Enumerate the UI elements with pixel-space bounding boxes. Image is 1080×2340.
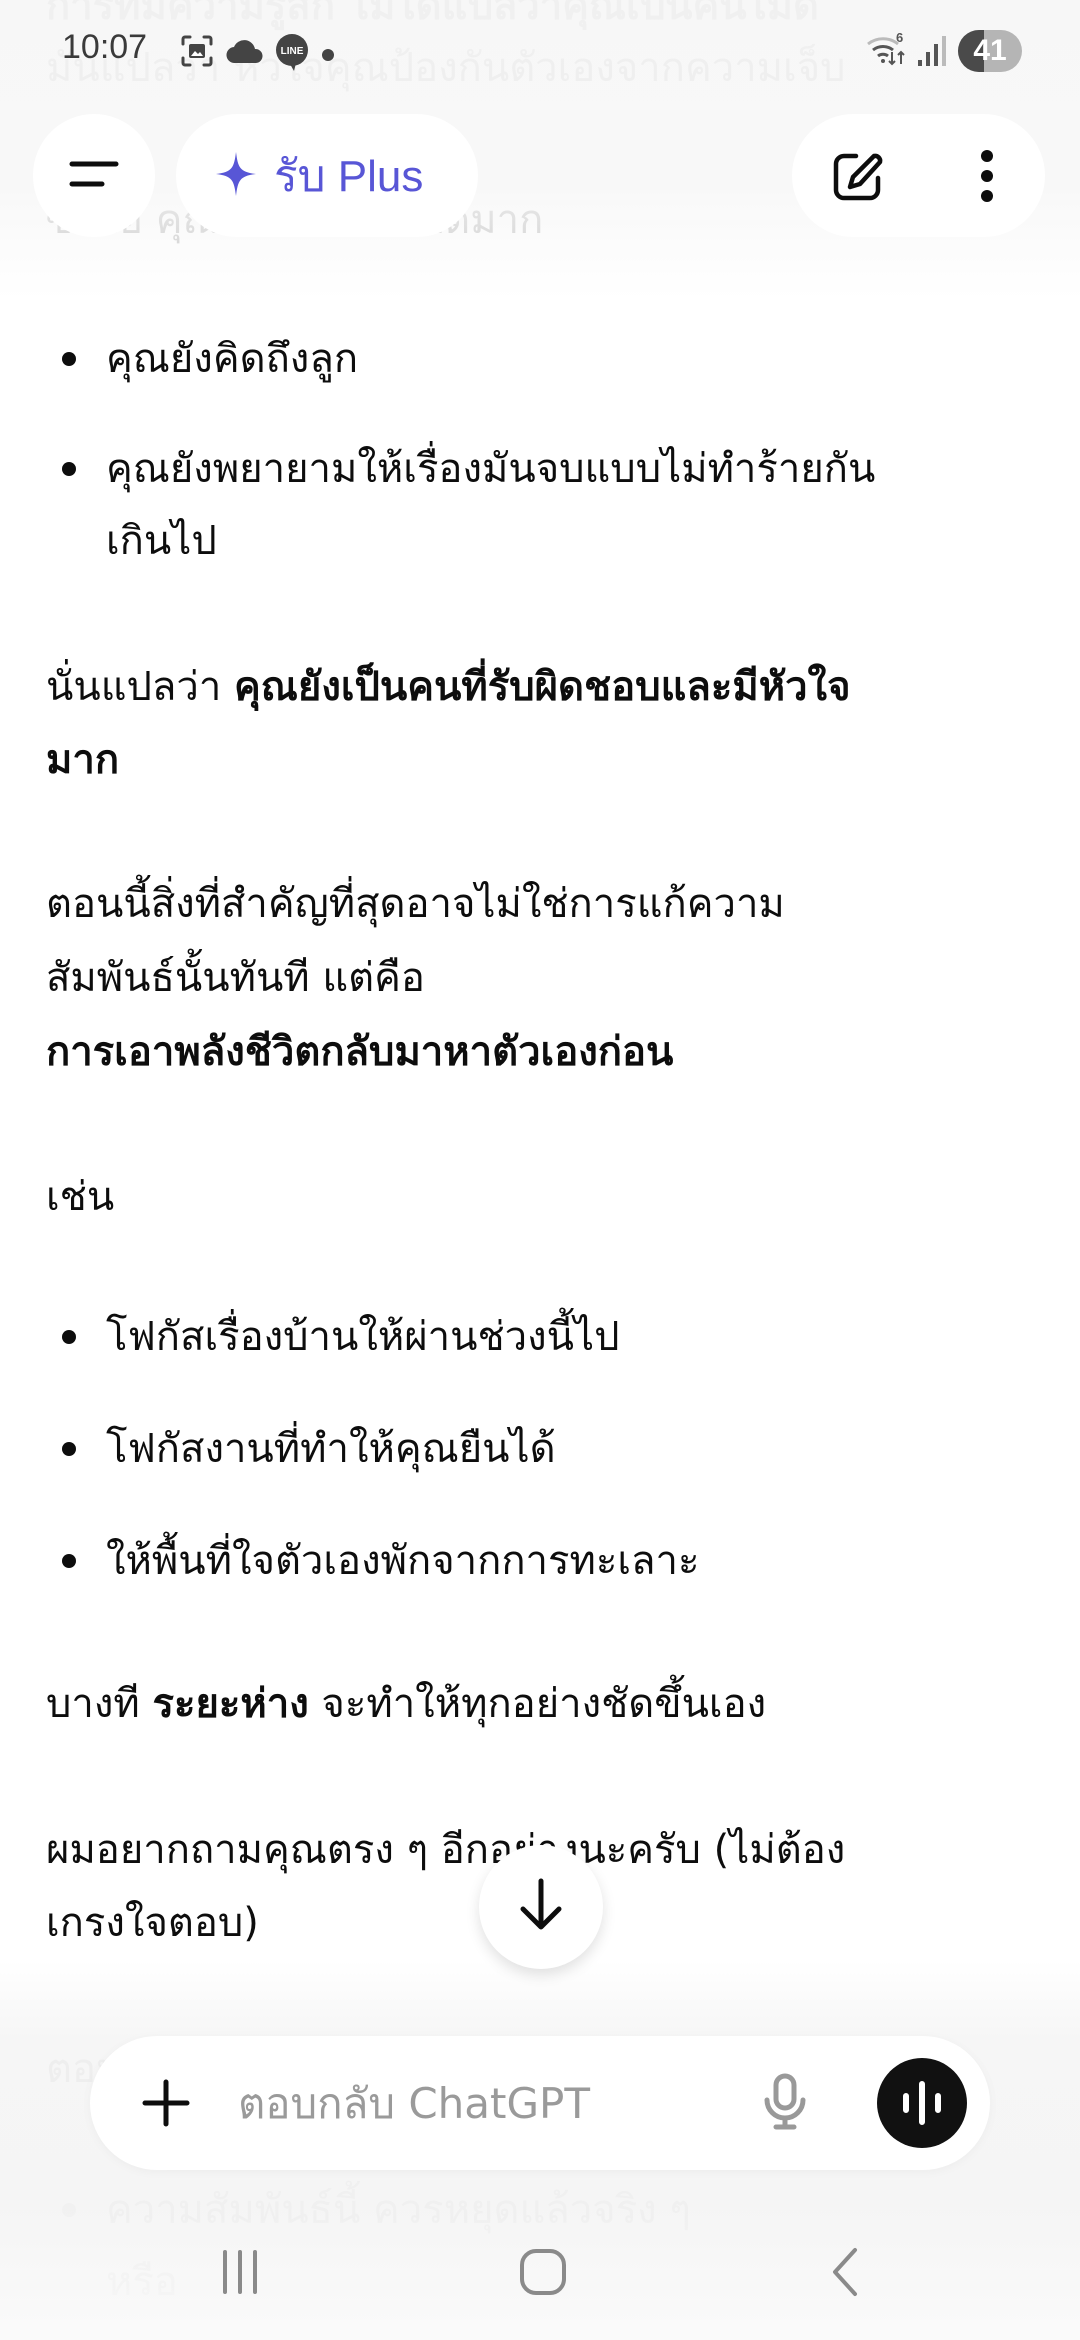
sparkle-icon: [216, 152, 256, 200]
list-item-text: เกินไป: [106, 505, 217, 577]
wifi-6-icon: 6: [866, 30, 908, 74]
new-chat-button[interactable]: [830, 150, 884, 208]
paragraph: บางที ระยะห่าง จะทำให้ทุกอย่างชัดขึ้นเอง: [46, 1668, 766, 1740]
line-app-icon: LINE: [272, 32, 312, 76]
list-item-text: คุณยังคิดถึงลูก: [106, 323, 358, 395]
paragraph-line: ตอนนี้สิ่งที่สำคัญที่สุดอาจไม่ใช่การแก้ค…: [46, 868, 785, 940]
home-icon: [518, 2247, 568, 2297]
list-item-text: ให้พื้นที่ใจตัวเองพักจากการทะเลาะ: [106, 1525, 699, 1597]
bullet-dot: [62, 462, 76, 476]
home-button[interactable]: [503, 2240, 583, 2304]
recent-apps-icon: [217, 2249, 263, 2295]
get-plus-label: รับ Plus: [274, 141, 423, 211]
list-item-text: โฟกัสงานที่ทำให้คุณยืนได้: [106, 1413, 556, 1485]
battery-indicator: 41: [958, 30, 1022, 72]
list-item-text: คุณยังพยายามให้เรื่องมันจบแบบไม่ทำร้ายกั…: [106, 433, 875, 505]
arrow-down-icon: [517, 1877, 565, 1937]
bold-text: การเอาพลังชีวิตกลับมาหาตัวเองก่อน: [46, 1029, 673, 1075]
paragraph-line: ผมอยากถามคุณตรง ๆ อีกอย่างนะครับ (ไม่ต้อ…: [46, 1814, 845, 1886]
bold-text: คุณยังเป็นคนที่รับผิดชอบและมีหัวใจ: [234, 664, 851, 710]
recent-apps-button[interactable]: [200, 2240, 280, 2304]
screenshot-icon: [180, 34, 214, 72]
sidebar-menu-button[interactable]: [33, 114, 155, 237]
bold-text: มาก: [46, 737, 119, 783]
bold-text: ระยะห่าง: [152, 1681, 308, 1727]
voice-mode-icon: [897, 2078, 947, 2128]
add-attachment-button[interactable]: [134, 2071, 198, 2135]
more-options-button[interactable]: [977, 148, 997, 208]
paragraph: เช่น: [46, 1161, 114, 1233]
text: จะทำให้ทุกอย่างชัดขึ้นเอง: [309, 1681, 766, 1727]
edit-icon: [830, 150, 884, 204]
menu-icon: [68, 156, 120, 196]
bullet-dot: [62, 1442, 76, 1456]
notification-dot-icon: [322, 46, 334, 65]
paragraph-line: การเอาพลังชีวิตกลับมาหาตัวเองก่อน: [46, 1016, 673, 1088]
message-input[interactable]: [238, 2066, 798, 2140]
svg-text:6: 6: [896, 30, 903, 45]
bullet-dot: [62, 352, 76, 366]
text: นั่นแปลว่า: [46, 664, 234, 710]
get-plus-button[interactable]: รับ Plus: [176, 114, 478, 237]
message-composer: [90, 2036, 990, 2170]
paragraph-line: เกรงใจตอบ): [46, 1887, 259, 1959]
scroll-to-bottom-button[interactable]: [479, 1845, 603, 1969]
bullet-dot: [62, 1554, 76, 1568]
signal-icon: [916, 34, 950, 72]
back-button[interactable]: [805, 2240, 885, 2304]
cloud-icon: [226, 38, 264, 68]
voice-mode-button[interactable]: [877, 2058, 967, 2148]
bullet-dot: [62, 1330, 76, 1344]
status-bar: 10:07 LINE 6 41: [0, 24, 1080, 76]
paragraph-line: มาก: [46, 724, 119, 796]
text: บางที: [46, 1681, 152, 1727]
back-icon: [827, 2247, 863, 2297]
status-time: 10:07: [62, 28, 147, 67]
svg-text:LINE: LINE: [281, 46, 304, 57]
plus-icon: [141, 2078, 191, 2128]
battery-percent: 41: [958, 30, 1022, 72]
header-actions: [792, 114, 1045, 237]
more-vertical-icon: [977, 148, 997, 204]
dictate-button[interactable]: [762, 2072, 808, 2136]
paragraph-line: นั่นแปลว่า คุณยังเป็นคนที่รับผิดชอบและมี…: [46, 651, 851, 723]
system-navigation-bar: [0, 2204, 1080, 2340]
paragraph-line: สัมพันธ์นั้นทันที แต่คือ: [46, 942, 425, 1014]
list-item-text: โฟกัสเรื่องบ้านให้ผ่านช่วงนี้ไป: [106, 1301, 619, 1373]
microphone-icon: [762, 2072, 808, 2132]
